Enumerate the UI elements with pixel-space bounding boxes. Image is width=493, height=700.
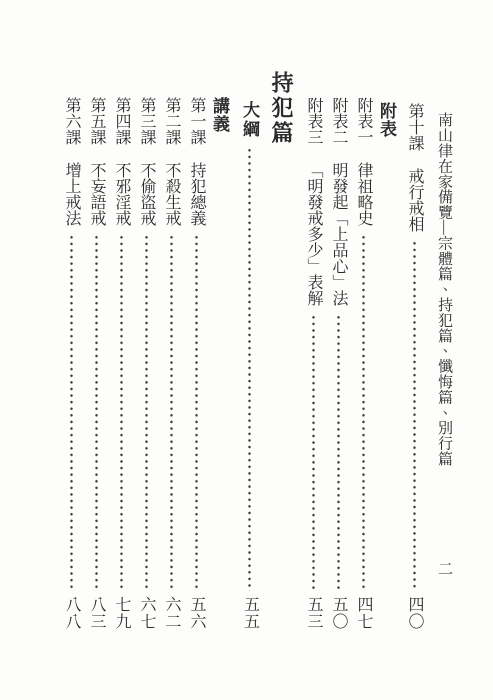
section-heading-lecture: 講義 [211,97,228,133]
toc-entry-appendix-2: 附表二 明發起「上品心」法 五〇 [330,97,346,630]
entry-page-number: 五〇 [330,596,346,630]
dot-leader [362,234,365,591]
entry-title: 不妄語戒 [88,162,104,226]
toc-entry-chapter10: 第十課 戒行戒相 四〇 [406,103,422,630]
dot-leader [95,234,98,591]
book-toc-page: 南山律在家備覽—宗體篇、持犯篇、懺悔篇、別行篇 二 第十課 戒行戒相 四〇 附表… [0,0,493,700]
toc-entry-course-3: 第三課 不偷盜戒 六七 [138,97,154,630]
dot-leader [70,234,73,591]
running-head-column: 南山律在家備覽—宗體篇、持犯篇、懺悔篇、別行篇 二 [436,112,451,577]
entry-title: 「明發戒多少」表解 [305,162,321,306]
folio-number: 二 [436,561,451,577]
entry-label: 第一課 [188,97,204,145]
entry-title: 明發起「上品心」法 [330,162,346,306]
toc-entry-course-4: 第四課 不邪淫戒 七九 [113,97,129,630]
entry-title: 增上戒法 [63,162,79,226]
entry-label: 第四課 [113,97,129,145]
toc-entry-course-1: 第一課 持犯總義 五六 [188,97,204,630]
toc-entry-outline: 大綱 五五 [241,101,258,630]
entry-title: 持犯總義 [188,162,204,226]
dot-leader [145,234,148,591]
section-heading-label: 講義 [211,97,228,133]
entry-page-number: 六七 [138,596,154,630]
entry-page-number: 八八 [63,596,79,630]
entry-label: 第六課 [63,97,79,145]
entry-label: 第五課 [88,97,104,145]
book-title: 南山律在家備覽—宗體篇、持犯篇、懺悔篇、別行篇 [436,112,451,466]
entry-title: 不偷盜戒 [138,162,154,226]
entry-label: 大綱 [241,101,258,139]
entry-label: 第二課 [163,97,179,145]
toc-entry-course-2: 第二課 不殺生戒 六二 [163,97,179,630]
entry-page-number: 四七 [355,596,371,630]
dot-leader [413,240,416,591]
dot-leader [337,314,340,591]
part-heading-chifan: 持犯篇 [270,71,292,146]
entry-page-number: 七九 [113,596,129,630]
entry-label: 附表二 [330,97,346,145]
dot-leader [248,147,251,591]
part-heading-label: 持犯篇 [270,71,292,146]
entry-title: 不邪淫戒 [113,162,129,226]
entry-title: 不殺生戒 [163,162,179,226]
entry-page-number: 四〇 [406,596,422,630]
entry-page-number: 五六 [188,596,204,630]
entry-label: 第十課 [406,103,422,151]
dot-leader [120,234,123,591]
dot-leader [195,234,198,591]
entry-label: 附表一 [355,97,371,145]
entry-page-number: 五五 [242,596,258,630]
entry-label: 第三課 [138,97,154,145]
toc-entry-course-5: 第五課 不妄語戒 八三 [88,97,104,630]
entry-title: 律祖略史 [355,162,371,226]
toc-entry-course-6: 第六課 增上戒法 八八 [63,97,79,630]
dot-leader [170,234,173,591]
entry-page-number: 五三 [305,596,321,630]
entry-page-number: 六二 [163,596,179,630]
entry-label: 附表三 [305,97,321,145]
toc-entry-appendix-3: 附表三 「明發戒多少」表解 五三 [305,97,321,630]
entry-title: 戒行戒相 [406,168,422,232]
section-heading-label: 附表 [378,102,395,138]
dot-leader [312,314,315,591]
toc-entry-appendix-1: 附表一 律祖略史 四七 [355,97,371,630]
section-heading-appendix: 附表 [378,102,395,138]
entry-page-number: 八三 [88,596,104,630]
